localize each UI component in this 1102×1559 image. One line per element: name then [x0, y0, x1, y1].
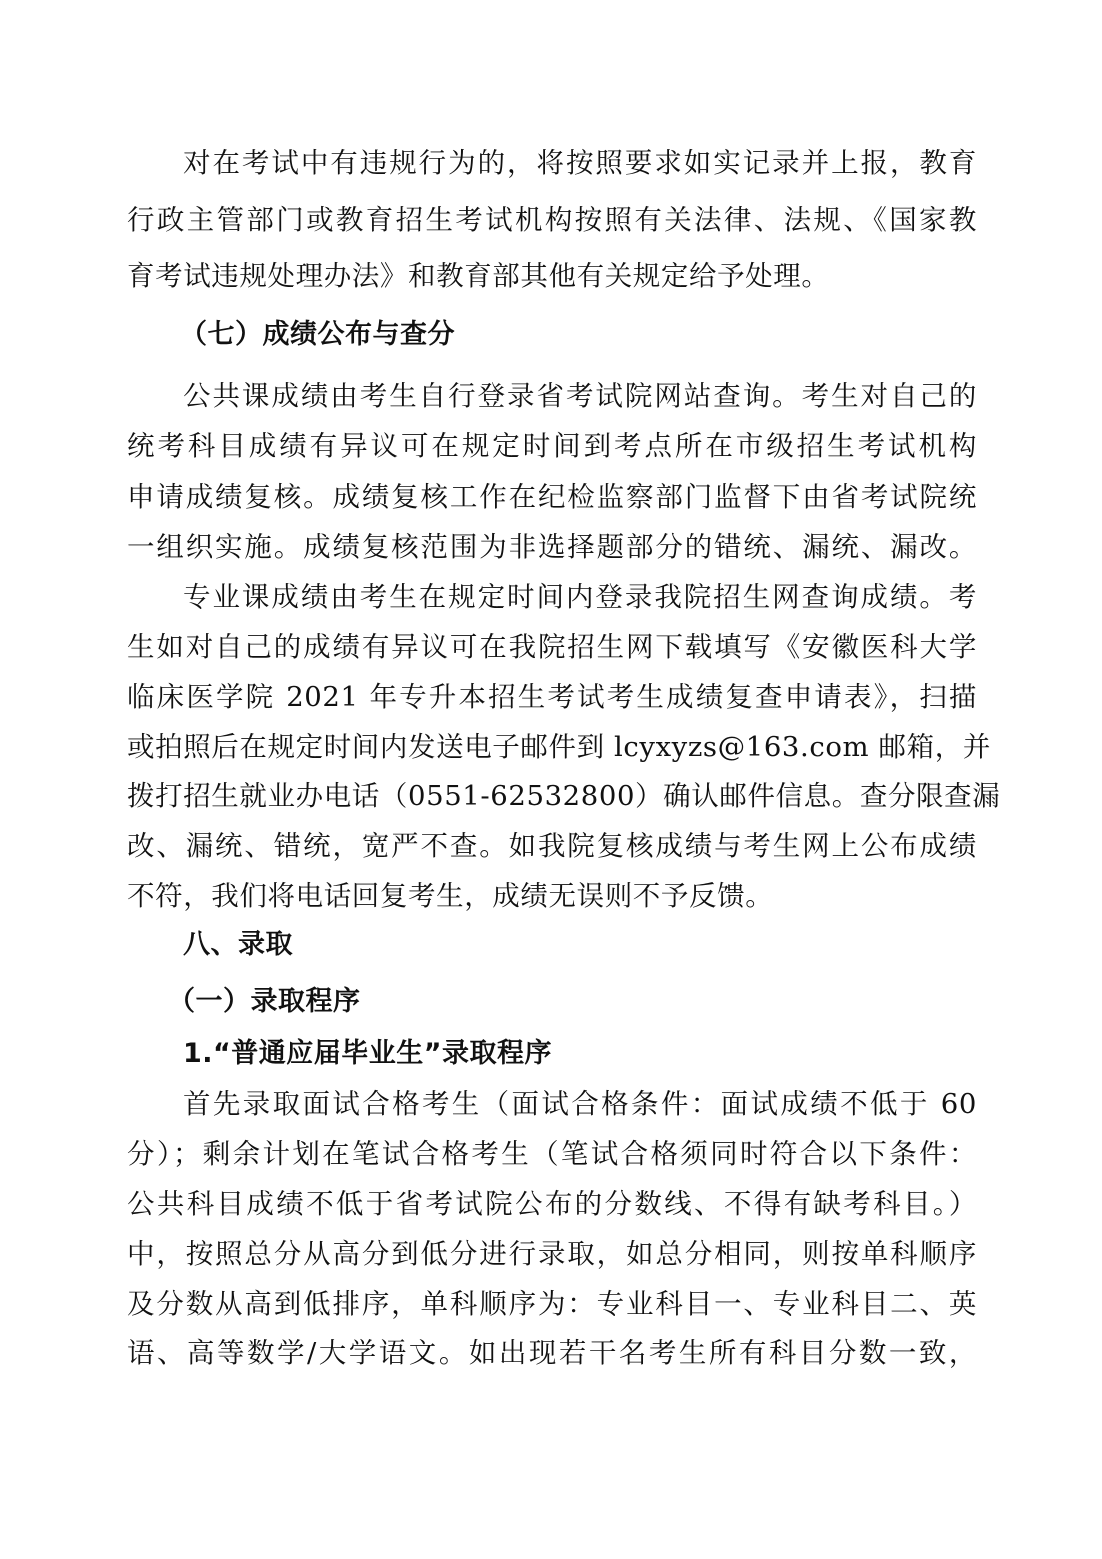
document-page: 对在考试中有违规行为的，将按照要求如实记录并上报，教育 行政主管部门或教育招生考… [0, 0, 1102, 1559]
paragraph-2-line-2: 统考科目成绩有异议可在规定时间到考点所在市级招生考试机构 [127, 429, 977, 463]
paragraph-2-line-3: 申请成绩复核。成绩复核工作在纪检监察部门监督下由省考试院统 [127, 480, 977, 514]
paragraph-2-line-1: 公共课成绩由考生自行登录省考试院网站查询。考生对自己的 [183, 379, 977, 413]
paragraph-1-line-2: 行政主管部门或教育招生考试机构按照有关法律、法规、《国家教 [127, 203, 977, 237]
paragraph-3-line-6: 改、漏统、错统，宽严不查。如我院复核成绩与考生网上公布成绩 [127, 829, 977, 863]
subsection-heading-admission-procedure: （一）录取程序 [168, 985, 361, 1019]
section-heading-admission: 八、录取 [183, 928, 293, 962]
paragraph-3-line-5: 拨打招生就业办电话（0551-62532800）确认邮件信息。查分限查漏 [127, 779, 977, 813]
paragraph-1-line-3: 育考试违规处理办法》和教育部其他有关规定给予处理。 [127, 259, 977, 293]
paragraph-4-line-6: 语、高等数学/大学语文。如出现若干名考生所有科目分数一致， [127, 1336, 977, 1370]
paragraph-3-line-3: 临床医学院 2021 年专升本招生考试考生成绩复查申请表》，扫描 [127, 680, 977, 714]
paragraph-1-line-1: 对在考试中有违规行为的，将按照要求如实记录并上报，教育 [183, 146, 977, 180]
paragraph-3-line-1: 专业课成绩由考生在规定时间内登录我院招生网查询成绩。考 [183, 580, 977, 614]
paragraph-2-line-4: 一组织实施。成绩复核范围为非选择题部分的错统、漏统、漏改。 [127, 530, 977, 564]
paragraph-3-line-2: 生如对自己的成绩有异议可在我院招生网下载填写《安徽医科大学 [127, 630, 977, 664]
paragraph-4-line-4: 中，按照总分从高分到低分进行录取，如总分相同，则按单科顺序 [127, 1237, 977, 1271]
paragraph-3-line-4: 或拍照后在规定时间内发送电子邮件到 lcyxyzs@163.com 邮箱，并 [127, 730, 977, 764]
paragraph-3-line-7: 不符，我们将电话回复考生，成绩无误则不予反馈。 [127, 879, 977, 913]
subsubsection-heading-graduates-procedure: 1.“普通应届毕业生”录取程序 [183, 1037, 552, 1071]
paragraph-4-line-2: 分）；剩余计划在笔试合格考生（笔试合格须同时符合以下条件： [127, 1137, 977, 1171]
paragraph-4-line-5: 及分数从高到低排序，单科顺序为：专业科目一、专业科目二、英 [127, 1287, 977, 1321]
paragraph-4-line-1: 首先录取面试合格考生（面试合格条件：面试成绩不低于 60 [183, 1087, 977, 1121]
section-heading-score-publication: （七）成绩公布与查分 [180, 318, 455, 352]
paragraph-4-line-3: 公共科目成绩不低于省考试院公布的分数线、不得有缺考科目。） [127, 1187, 977, 1221]
